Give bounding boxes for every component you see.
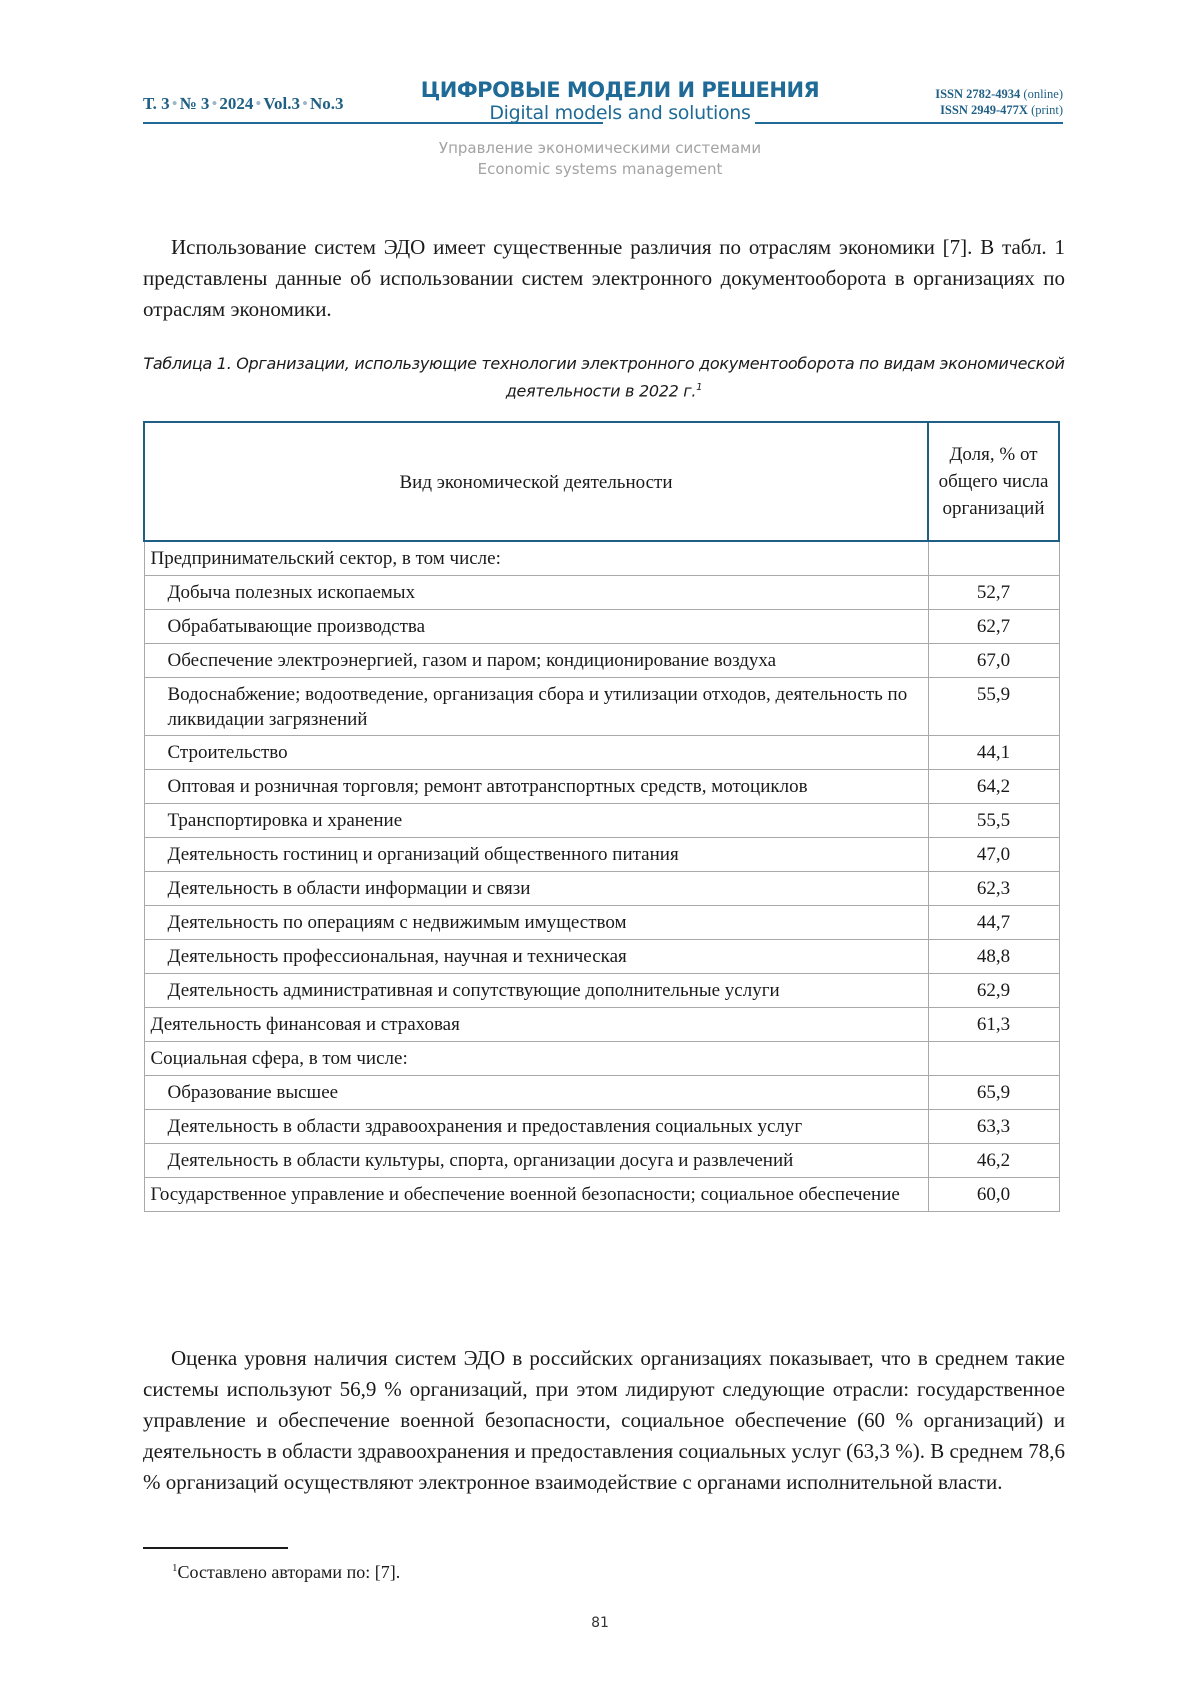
footnote-text: Составлено авторами по: [7]. [178, 1562, 401, 1582]
share-cell: 55,9 [928, 678, 1059, 736]
journal-title-ru: ЦИФРОВЫЕ МОДЕЛИ И РЕШЕНИЯ [415, 78, 825, 102]
share-cell: 61,3 [928, 1008, 1059, 1042]
activity-cell: Государственное управление и обеспечение… [144, 1178, 928, 1212]
journal-title-en: Digital models and solutions [415, 102, 825, 124]
volume-info: Т. 3•№ 3•2024•Vol.3•No.3 [143, 94, 344, 114]
table-row: Деятельность в области культуры, спорта,… [144, 1144, 1059, 1178]
footnote: 1Составлено авторами по: [7]. [172, 1556, 400, 1584]
body-paragraph-2: Оценка уровня наличия систем ЭДО в росси… [143, 1343, 1065, 1498]
issue-ru: № 3 [180, 94, 210, 113]
activity-cell: Социальная сфера, в том числе: [144, 1042, 928, 1076]
table-row: Социальная сфера, в том числе: [144, 1042, 1059, 1076]
table-row: Деятельность по операциям с недвижимым и… [144, 906, 1059, 940]
header-rule-right [755, 122, 1063, 124]
activity-cell: Деятельность профессиональная, научная и… [144, 940, 928, 974]
table-row: Оптовая и розничная торговля; ремонт авт… [144, 770, 1059, 804]
activity-cell: Деятельность в области информации и связ… [144, 872, 928, 906]
journal-logo: ЦИФРОВЫЕ МОДЕЛИ И РЕШЕНИЯ Digital models… [415, 78, 825, 124]
column-header-share: Доля, % от общего числа организаций [928, 422, 1059, 541]
table-row: Деятельность в области информации и связ… [144, 872, 1059, 906]
share-cell [928, 541, 1059, 576]
share-cell: 52,7 [928, 576, 1059, 610]
issn-online-type: (online) [1023, 87, 1063, 101]
column-header-activity: Вид экономической деятельности [144, 422, 928, 541]
activity-cell: Транспортировка и хранение [144, 804, 928, 838]
share-cell: 65,9 [928, 1076, 1059, 1110]
share-cell: 47,0 [928, 838, 1059, 872]
share-cell: 67,0 [928, 644, 1059, 678]
share-cell: 60,0 [928, 1178, 1059, 1212]
activity-cell: Строительство [144, 736, 928, 770]
share-cell: 44,7 [928, 906, 1059, 940]
footnote-divider [143, 1547, 288, 1549]
activity-cell: Обрабатывающие производства [144, 610, 928, 644]
share-cell: 55,5 [928, 804, 1059, 838]
activity-cell: Деятельность административная и сопутств… [144, 974, 928, 1008]
issn-block: ISSN 2782-4934 (online) ISSN 2949-477X (… [935, 86, 1063, 118]
table-row: Деятельность в области здравоохранения и… [144, 1110, 1059, 1144]
activity-cell: Оптовая и розничная торговля; ремонт авт… [144, 770, 928, 804]
table-row: Государственное управление и обеспечение… [144, 1178, 1059, 1212]
table-row: Обрабатывающие производства62,7 [144, 610, 1059, 644]
share-cell: 46,2 [928, 1144, 1059, 1178]
issn-print: ISSN 2949-477X [940, 103, 1028, 117]
table-row: Добыча полезных ископаемых52,7 [144, 576, 1059, 610]
activity-cell: Деятельность по операциям с недвижимым и… [144, 906, 928, 940]
section-title: Управление экономическими системами Econ… [0, 138, 1200, 180]
activity-cell: Деятельность гостиниц и организаций обще… [144, 838, 928, 872]
caption-text: Таблица 1. Организации, использующие тех… [143, 354, 1064, 400]
table-row: Деятельность финансовая и страховая61,3 [144, 1008, 1059, 1042]
volume-ru: Т. 3 [143, 94, 170, 113]
share-cell: 63,3 [928, 1110, 1059, 1144]
table-row: Деятельность профессиональная, научная и… [144, 940, 1059, 974]
share-cell: 64,2 [928, 770, 1059, 804]
section-title-en: Economic systems management [0, 159, 1200, 180]
year: 2024 [219, 94, 253, 113]
journal-header: Т. 3•№ 3•2024•Vol.3•No.3 ЦИФРОВЫЕ МОДЕЛИ… [143, 78, 1063, 128]
paragraph-text: Использование систем ЭДО имеет существен… [143, 235, 1065, 321]
share-cell: 62,9 [928, 974, 1059, 1008]
issn-online: ISSN 2782-4934 [935, 87, 1020, 101]
issn-print-type: (print) [1031, 103, 1063, 117]
share-cell: 62,3 [928, 872, 1059, 906]
share-cell: 48,8 [928, 940, 1059, 974]
table-row: Образование высшее65,9 [144, 1076, 1059, 1110]
section-title-ru: Управление экономическими системами [0, 138, 1200, 159]
activity-cell: Деятельность финансовая и страховая [144, 1008, 928, 1042]
table-row: Обеспечение электроэнергией, газом и пар… [144, 644, 1059, 678]
table-row: Водоснабжение; водоотведение, организаци… [144, 678, 1059, 736]
activity-cell: Водоснабжение; водоотведение, организаци… [144, 678, 928, 736]
activity-cell: Деятельность в области культуры, спорта,… [144, 1144, 928, 1178]
table-row: Деятельность административная и сопутств… [144, 974, 1059, 1008]
activity-cell: Деятельность в области здравоохранения и… [144, 1110, 928, 1144]
activity-cell: Образование высшее [144, 1076, 928, 1110]
page-number: 81 [0, 1615, 1200, 1631]
activity-cell: Добыча полезных ископаемых [144, 576, 928, 610]
volume-en: Vol.3 [263, 94, 300, 113]
paragraph-text: Оценка уровня наличия систем ЭДО в росси… [143, 1346, 1065, 1494]
data-table: Вид экономической деятельности Доля, % о… [143, 421, 1060, 1212]
table-row: Строительство44,1 [144, 736, 1059, 770]
table-row: Предпринимательский сектор, в том числе: [144, 541, 1059, 576]
table-row: Деятельность гостиниц и организаций обще… [144, 838, 1059, 872]
table-caption: Таблица 1. Организации, использующие тех… [143, 352, 1065, 403]
share-cell [928, 1042, 1059, 1076]
table-row: Транспортировка и хранение55,5 [144, 804, 1059, 838]
footnote-ref[interactable]: 1 [696, 382, 702, 393]
share-cell: 62,7 [928, 610, 1059, 644]
body-paragraph-1: Использование систем ЭДО имеет существен… [143, 232, 1065, 325]
share-cell: 44,1 [928, 736, 1059, 770]
activity-cell: Предпринимательский сектор, в том числе: [144, 541, 928, 576]
activity-cell: Обеспечение электроэнергией, газом и пар… [144, 644, 928, 678]
issue-en: No.3 [310, 94, 344, 113]
